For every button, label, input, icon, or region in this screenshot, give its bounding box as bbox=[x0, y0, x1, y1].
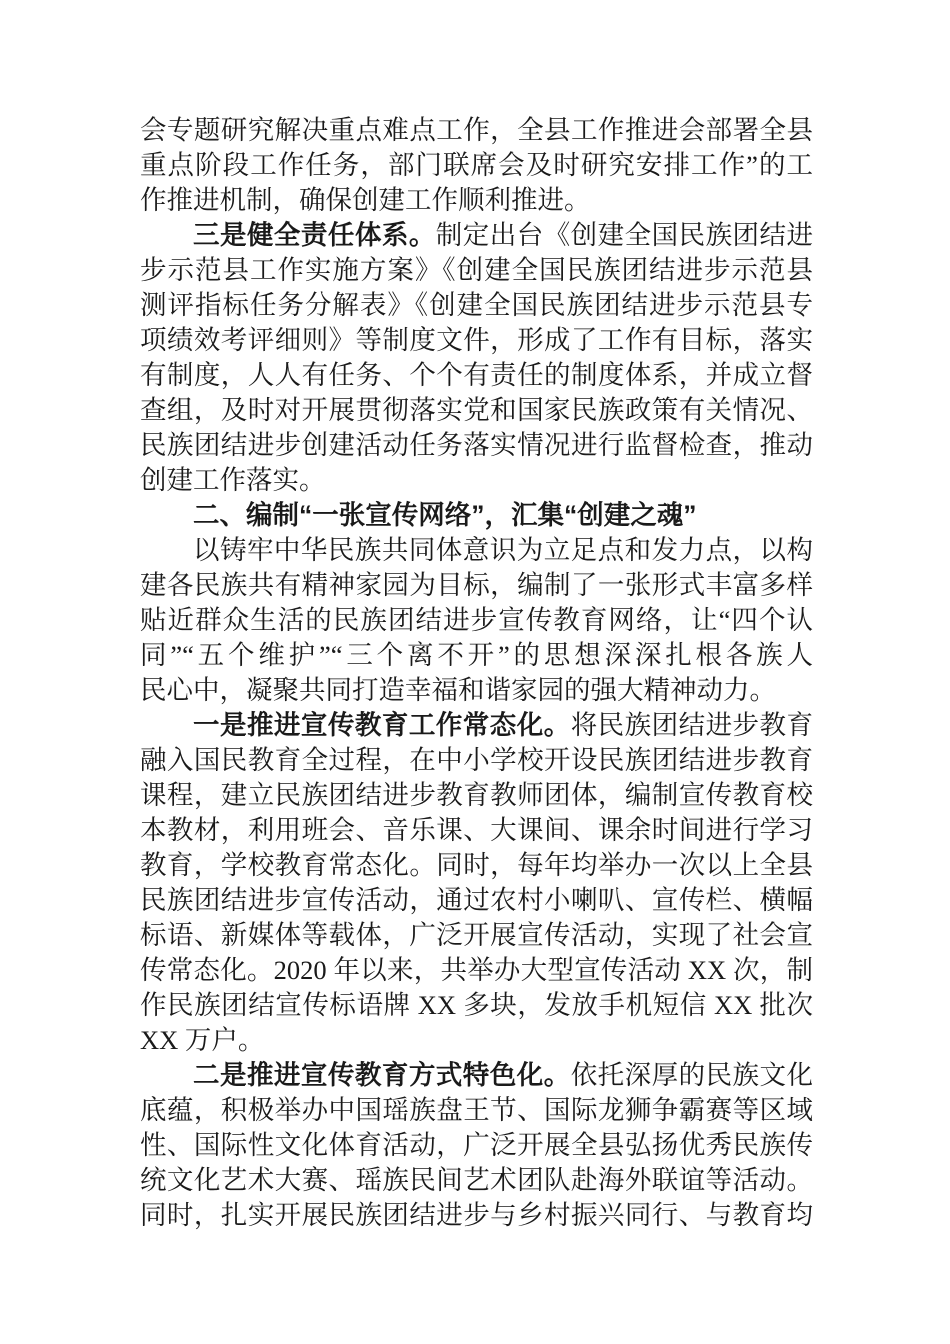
line-text: 课程，建立民族团结进步教育教师团体，编制宣传教育校 bbox=[140, 780, 813, 810]
text-line: 民族团结进步创建活动任务落实情况进行监督检查，推动 bbox=[140, 428, 813, 463]
text-line: 本教材，利用班会、音乐课、大课间、课余时间进行学习 bbox=[140, 813, 813, 848]
document-page: 会专题研究解决重点难点工作，全县工作推进会部署全县 重点阶段工作任务，部门联席会… bbox=[0, 0, 950, 1344]
line-text: 建各民族共有精神家园为目标，编制了一张形式丰富多样 bbox=[140, 570, 813, 600]
line-text: 民心中，凝聚共同打造幸福和谐家园的强大精神动力。 bbox=[140, 675, 776, 705]
line-text: 教育，学校教育常态化。同时，每年均举办一次以上全县 bbox=[140, 850, 813, 880]
text-line: 建各民族共有精神家园为目标，编制了一张形式丰富多样 bbox=[140, 568, 813, 603]
text-line: 底蕴，积极举办中国瑶族盘王节、国际龙狮争霸赛等区域 bbox=[140, 1093, 813, 1128]
line-text: 项绩效考评细则》等制度文件，形成了工作有目标，落实 bbox=[140, 325, 813, 355]
line-text: 性、国际性文化体育活动，广泛开展全县弘扬优秀民族传 bbox=[140, 1130, 813, 1160]
line-text: 重点阶段工作任务，部门联席会及时研究安排工作”的工 bbox=[140, 150, 813, 180]
line-text: 同时，扎实开展民族团结进步与乡村振兴同行、与教育均 bbox=[140, 1200, 813, 1230]
text-line: 作民族团结宣传标语牌 XX 多块，发放手机短信 XX 批次 bbox=[140, 988, 813, 1023]
text-line: 贴近群众生活的民族团结进步宣传教育网络，让“四个认 bbox=[140, 603, 813, 638]
text-line: 民族团结进步宣传活动，通过农村小喇叭、宣传栏、横幅 bbox=[140, 883, 813, 918]
line-text: 同”“五个维护”“三个离不开”的思想深深扎根各族人 bbox=[140, 640, 813, 670]
line-text: 制定出台《创建全国民族团结进 bbox=[436, 220, 813, 250]
line-text: 作民族团结宣传标语牌 XX 多块，发放手机短信 XX 批次 bbox=[140, 990, 813, 1020]
line-text: 底蕴，积极举办中国瑶族盘王节、国际龙狮争霸赛等区域 bbox=[140, 1095, 813, 1125]
line-text: 融入国民教育全过程，在中小学校开设民族团结进步教育 bbox=[140, 745, 813, 775]
text-line: 融入国民教育全过程，在中小学校开设民族团结进步教育 bbox=[140, 743, 813, 778]
text-line: 项绩效考评细则》等制度文件，形成了工作有目标，落实 bbox=[140, 323, 813, 358]
text-line: 传常态化。2020 年以来，共举办大型宣传活动 XX 次，制 bbox=[140, 953, 813, 988]
run-in-heading: 三是健全责任体系。 bbox=[193, 220, 436, 250]
text-line: 创建工作落实。 bbox=[140, 463, 813, 498]
line-text: XX 万户。 bbox=[140, 1025, 264, 1055]
line-text: 贴近群众生活的民族团结进步宣传教育网络，让“四个认 bbox=[140, 605, 813, 635]
line-text: 创建工作落实。 bbox=[140, 465, 326, 495]
text-line: 测评指标任务分解表》《创建全国民族团结进步示范县专 bbox=[140, 288, 813, 323]
line-text: 传常态化。2020 年以来，共举办大型宣传活动 XX 次，制 bbox=[140, 955, 813, 985]
text-line: 性、国际性文化体育活动，广泛开展全县弘扬优秀民族传 bbox=[140, 1128, 813, 1163]
text-line: 有制度，人人有任务、个个有责任的制度体系，并成立督 bbox=[140, 358, 813, 393]
line-text: 会专题研究解决重点难点工作，全县工作推进会部署全县 bbox=[140, 115, 813, 145]
line-text: 民族团结进步创建活动任务落实情况进行监督检查，推动 bbox=[140, 430, 813, 460]
section-heading: 二、编制“一张宣传网络”，汇集“创建之魂” bbox=[140, 498, 813, 533]
text-line: 同时，扎实开展民族团结进步与乡村振兴同行、与教育均 bbox=[140, 1198, 813, 1233]
text-line: 一是推进宣传教育工作常态化。将民族团结进步教育 bbox=[140, 708, 813, 743]
run-in-heading: 一是推进宣传教育工作常态化。 bbox=[193, 710, 571, 740]
text-line: 标语、新媒体等载体，广泛开展宣传活动，实现了社会宣 bbox=[140, 918, 813, 953]
text-line: 查组，及时对开展贯彻落实党和国家民族政策有关情况、 bbox=[140, 393, 813, 428]
line-text: 测评指标任务分解表》《创建全国民族团结进步示范县专 bbox=[140, 290, 813, 320]
text-line: 三是健全责任体系。制定出台《创建全国民族团结进 bbox=[140, 218, 813, 253]
line-text: 有制度，人人有任务、个个有责任的制度体系，并成立督 bbox=[140, 360, 813, 390]
text-line: 作推进机制，确保创建工作顺利推进。 bbox=[140, 183, 813, 218]
text-line: 二是推进宣传教育方式特色化。依托深厚的民族文化 bbox=[140, 1058, 813, 1093]
line-text: 统文化艺术大赛、瑶族民间艺术团队赴海外联谊等活动。 bbox=[140, 1165, 813, 1195]
text-line: 步示范县工作实施方案》《创建全国民族团结进步示范县 bbox=[140, 253, 813, 288]
line-text: 民族团结进步宣传活动，通过农村小喇叭、宣传栏、横幅 bbox=[140, 885, 813, 915]
text-line: 重点阶段工作任务，部门联席会及时研究安排工作”的工 bbox=[140, 148, 813, 183]
text-line: 统文化艺术大赛、瑶族民间艺术团队赴海外联谊等活动。 bbox=[140, 1163, 813, 1198]
line-text: 步示范县工作实施方案》《创建全国民族团结进步示范县 bbox=[140, 255, 813, 285]
line-text: 查组，及时对开展贯彻落实党和国家民族政策有关情况、 bbox=[140, 395, 813, 425]
line-text: 作推进机制，确保创建工作顺利推进。 bbox=[140, 185, 591, 215]
line-text: 本教材，利用班会、音乐课、大课间、课余时间进行学习 bbox=[140, 815, 813, 845]
run-in-heading: 二是推进宣传教育方式特色化。 bbox=[193, 1060, 571, 1090]
text-line: XX 万户。 bbox=[140, 1023, 813, 1058]
text-line: 教育，学校教育常态化。同时，每年均举办一次以上全县 bbox=[140, 848, 813, 883]
text-line: 会专题研究解决重点难点工作，全县工作推进会部署全县 bbox=[140, 113, 813, 148]
text-line: 以铸牢中华民族共同体意识为立足点和发力点，以构 bbox=[140, 533, 813, 568]
line-text: 标语、新媒体等载体，广泛开展宣传活动，实现了社会宣 bbox=[140, 920, 813, 950]
text-line: 民心中，凝聚共同打造幸福和谐家园的强大精神动力。 bbox=[140, 673, 813, 708]
section-heading-text: 二、编制“一张宣传网络”，汇集“创建之魂” bbox=[193, 500, 697, 530]
line-text: 将民族团结进步教育 bbox=[571, 710, 813, 740]
text-line: 课程，建立民族团结进步教育教师团体，编制宣传教育校 bbox=[140, 778, 813, 813]
line-text: 以铸牢中华民族共同体意识为立足点和发力点，以构 bbox=[193, 535, 813, 565]
line-text: 依托深厚的民族文化 bbox=[571, 1060, 813, 1090]
text-line: 同”“五个维护”“三个离不开”的思想深深扎根各族人 bbox=[140, 638, 813, 673]
